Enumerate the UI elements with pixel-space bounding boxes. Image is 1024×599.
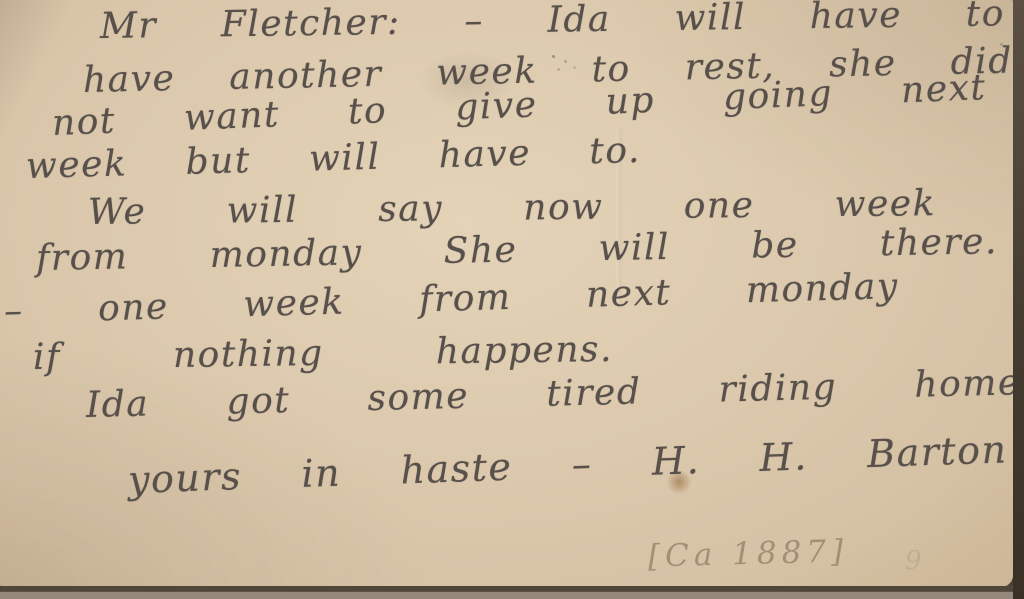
handwritten-word: week xyxy=(243,281,345,325)
handwritten-word: want xyxy=(183,94,280,139)
handwritten-word: there. xyxy=(880,221,999,264)
archival-date-annotation: [Ca 1887] xyxy=(648,533,849,574)
handwritten-word: some xyxy=(367,376,470,419)
handwritten-word: going xyxy=(722,73,833,118)
handwritten-word: Ida xyxy=(85,383,149,426)
handwritten-word: week xyxy=(25,143,127,187)
handwritten-word: if xyxy=(33,337,61,378)
handwritten-word: from xyxy=(36,236,129,279)
scan-edge-right xyxy=(1013,0,1024,599)
handwritten-word: – xyxy=(464,1,484,42)
scan-edge-bottom xyxy=(0,586,1013,599)
handwritten-word: to xyxy=(965,0,1005,35)
handwritten-word: from xyxy=(419,277,512,321)
handwritten-word: but xyxy=(185,140,251,183)
handwritten-line-1: MrFletcher:–Idawillhaveto xyxy=(100,0,1005,47)
handwritten-word: Fletcher: xyxy=(221,2,401,46)
postcard-scan: { "postcard": { "lines": [ "Mr Fletcher:… xyxy=(0,0,1024,599)
handwritten-word: H. xyxy=(651,438,701,484)
handwritten-word: will xyxy=(226,190,298,232)
handwritten-word: up xyxy=(605,80,656,123)
handwritten-line-8: ifnothinghappens. xyxy=(33,329,614,378)
handwritten-word: – xyxy=(3,290,24,332)
handwritten-word: will xyxy=(598,227,670,269)
handwritten-word: She xyxy=(443,230,517,272)
handwritten-word: Ida xyxy=(547,0,611,41)
handwritten-word: to xyxy=(347,90,388,132)
handwritten-word: have xyxy=(438,133,531,176)
handwritten-word: not xyxy=(51,101,116,144)
handwritten-word: haste xyxy=(400,445,513,493)
handwritten-word: say xyxy=(378,188,443,230)
handwritten-word: home xyxy=(914,362,1021,406)
handwritten-word: monday xyxy=(209,232,363,276)
handwritten-word: give xyxy=(455,84,539,128)
handwritten-word: monday xyxy=(745,266,899,311)
handwritten-word: Mr xyxy=(100,5,158,47)
handwritten-word: – xyxy=(571,442,593,487)
handwritten-word: nothing xyxy=(173,333,324,376)
handwritten-word: yours xyxy=(127,454,242,502)
handwritten-word: be xyxy=(751,225,799,267)
handwritten-line-10-signature: yoursinhaste–H.H.Barton xyxy=(127,427,1008,502)
handwritten-word: week xyxy=(834,183,936,225)
handwritten-word: one xyxy=(98,286,170,329)
handwritten-word: Barton xyxy=(866,427,1008,476)
handwritten-word: next xyxy=(900,67,987,111)
handwritten-word: to. xyxy=(589,130,642,172)
handwritten-word: one xyxy=(684,185,755,227)
handwritten-word: have xyxy=(809,0,902,37)
handwritten-word: H. xyxy=(759,434,809,480)
faint-pencil-mark: 9 xyxy=(905,546,922,576)
handwritten-word: next xyxy=(585,272,671,315)
handwritten-word: happens. xyxy=(436,329,614,372)
handwritten-word: got xyxy=(226,380,291,423)
handwritten-word: We xyxy=(88,191,147,233)
handwritten-word: in xyxy=(301,451,342,496)
handwritten-word: have xyxy=(83,58,176,101)
handwritten-word: will xyxy=(309,137,381,180)
postcard-paper: MrFletcher:–Idawillhaveto haveanotherwee… xyxy=(0,0,1013,587)
handwritten-word: tired xyxy=(546,371,642,414)
handwritten-word: riding xyxy=(718,367,837,411)
handwritten-word: now xyxy=(523,187,604,229)
handwritten-word: will xyxy=(674,0,746,39)
